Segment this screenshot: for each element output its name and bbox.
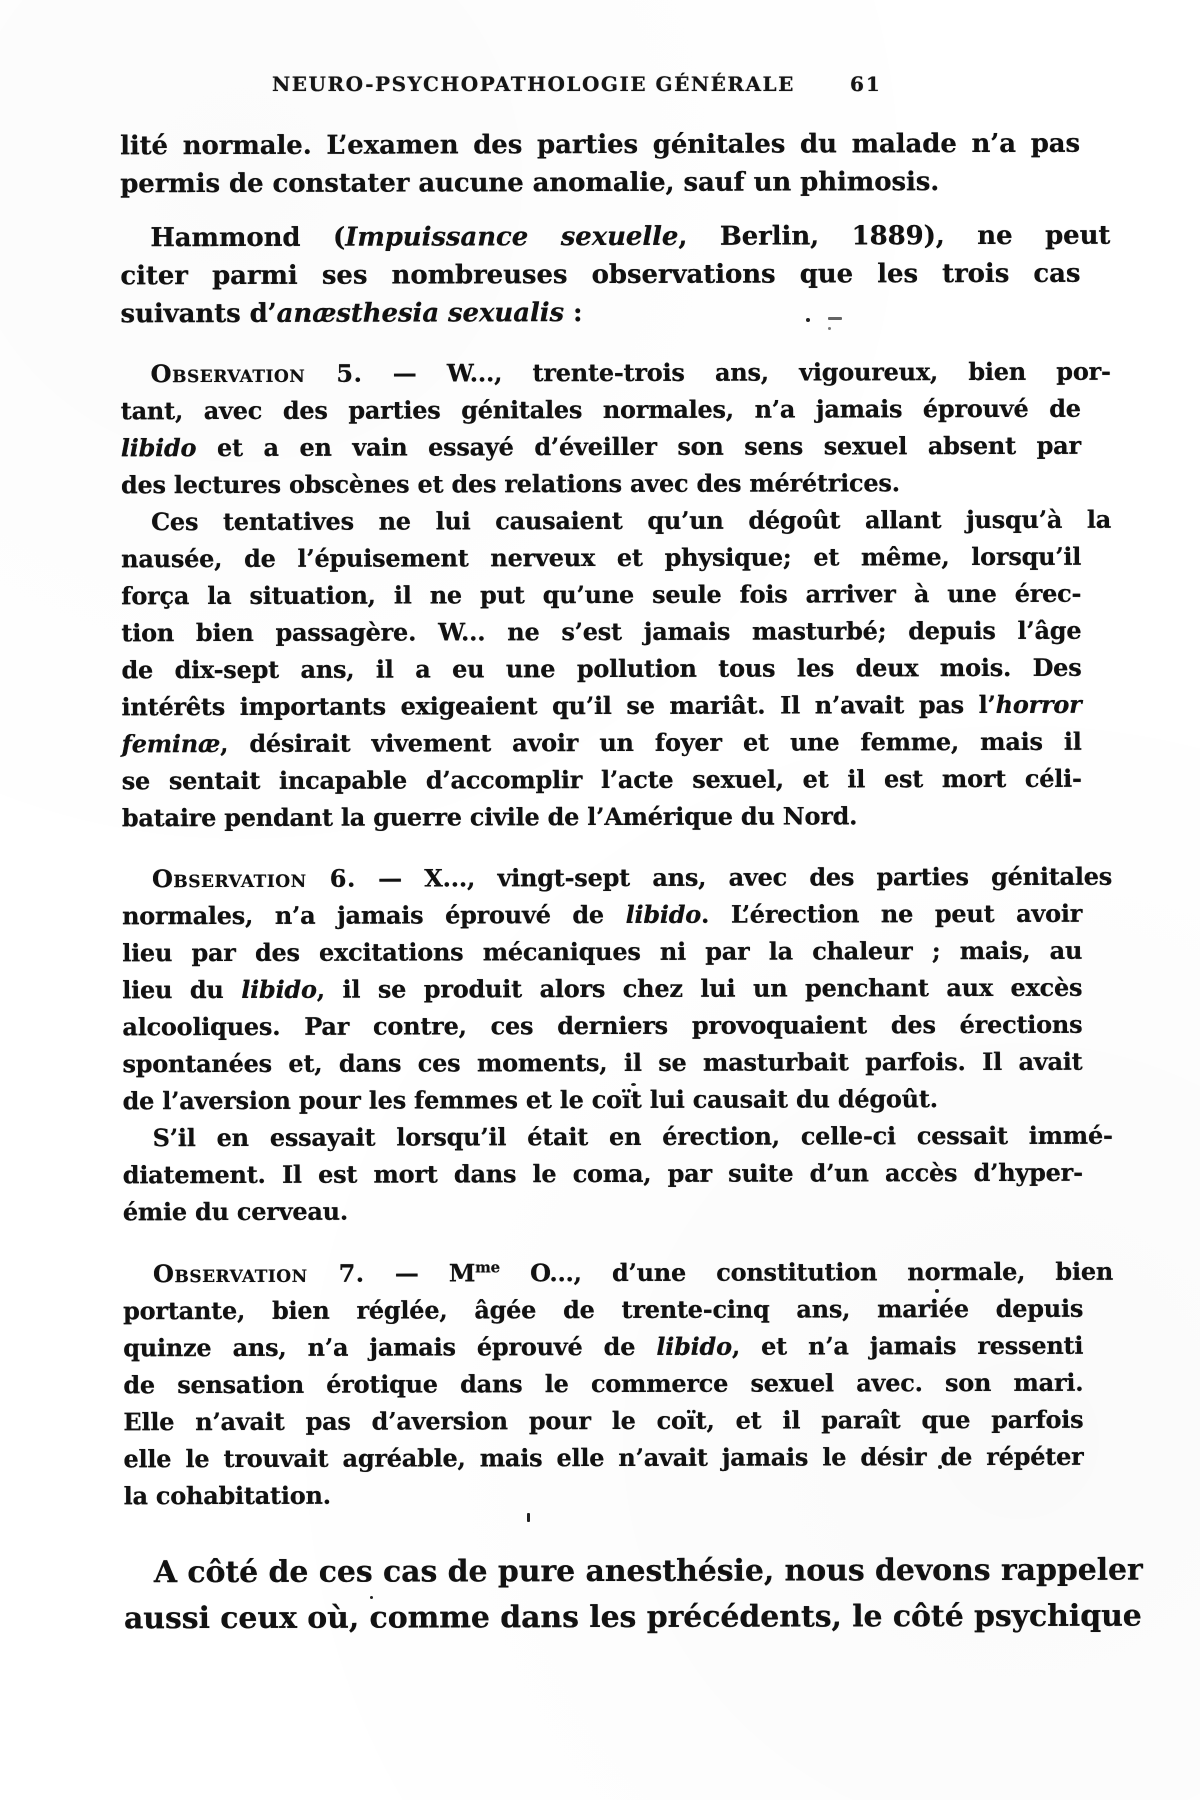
- text-line: quinze ans, n’a jamais éprouvé de libido…: [123, 1327, 1083, 1367]
- text-segment: aussi ceux où, comme dans les précédents…: [124, 1599, 1142, 1637]
- text-line: Elle n’avait pas d’aversion pour le coït…: [123, 1401, 1083, 1441]
- text-line: de dix-sept ans, il a eu une pollution t…: [121, 649, 1081, 689]
- text-segment: Elle n’avait pas d’aversion pour le coït…: [123, 1405, 1083, 1437]
- italic-text: libido: [626, 900, 701, 929]
- scan-speckle: [631, 1083, 636, 1086]
- text-segment: lieu du: [122, 975, 241, 1004]
- text-segment: lieu par des excitations mécaniques ni p…: [122, 936, 1082, 968]
- text-segment: de sensation érotique dans le commerce s…: [123, 1368, 1083, 1400]
- text-line: lité normale. L’examen des parties génit…: [120, 125, 1080, 166]
- italic-text: Impuissance sexuelle: [345, 222, 678, 253]
- text-line: spontanées et, dans ces moments, il se m…: [122, 1043, 1082, 1083]
- smallcaps-label: Observation 5.: [151, 359, 363, 389]
- text-segment: permis de constater aucune anomalie, sau…: [120, 167, 939, 199]
- text-segment: A côté de ces cas de pure anesthésie, no…: [154, 1553, 1143, 1591]
- text-line: diatement. Il est mort dans le coma, par…: [123, 1154, 1083, 1194]
- text-line: des lectures obscènes et des relations a…: [121, 464, 1081, 504]
- text-line: intérêts importants exigeaient qu’il se …: [121, 686, 1081, 726]
- text-segment: — W..., trente-trois ans, vigoureux, bie…: [362, 357, 1110, 388]
- smallcaps-label: Observation 7.: [153, 1259, 365, 1289]
- text-line: Observation 6. — X..., vingt-sept ans, a…: [122, 858, 1112, 898]
- scan-speckle: [806, 318, 810, 322]
- text-segment: Ces tentatives ne lui causaient qu’un dé…: [151, 505, 1111, 537]
- text-line: Observation 5. — W..., trente-trois ans,…: [121, 353, 1111, 393]
- page-text: lité normale. L’examen des parties génit…: [120, 125, 1084, 1643]
- page-number: 61: [850, 72, 882, 96]
- scan-speckle: [935, 1289, 939, 1293]
- text-segment: O..., d’une constitution normale, bien: [500, 1257, 1113, 1288]
- p-obs5: Observation 5. — W..., trente-trois ans,…: [121, 353, 1081, 504]
- text-line: permis de constater aucune anomalie, sau…: [120, 163, 1080, 204]
- italic-text: feminæ: [122, 729, 220, 758]
- superscript-text: me: [475, 1258, 500, 1276]
- text-line: suivants d’anæsthesia sexualis :: [120, 293, 1080, 334]
- text-segment: émie du cerveau.: [123, 1197, 348, 1227]
- text-line: se sentait incapable d’accomplir l’acte …: [122, 760, 1082, 800]
- text-line: feminæ, désirait vivement avoir un foyer…: [122, 723, 1082, 763]
- text-segment: de dix-sept ans, il a eu une pollution t…: [121, 653, 1081, 685]
- text-segment: nausée, de l’épuisement nerveux et physi…: [121, 542, 1081, 574]
- scan-speckle: [370, 1596, 373, 1599]
- text-segment: S’il en essayait lorsqu’il était en érec…: [153, 1121, 1113, 1153]
- text-segment: — M: [365, 1258, 476, 1287]
- text-line: força la situation, il ne put qu’une seu…: [121, 575, 1081, 615]
- text-line: libido et a en vain essayé d’éveiller so…: [121, 427, 1081, 467]
- text-line: normales, n’a jamais éprouvé de libido. …: [122, 895, 1082, 935]
- scan-speckle: [828, 317, 842, 320]
- text-line: lieu du libido, il se produit alors chez…: [122, 969, 1082, 1009]
- text-segment: de l’aversion pour les femmes et le coït…: [123, 1084, 938, 1115]
- text-segment: normales, n’a jamais éprouvé de: [122, 900, 626, 930]
- text-segment: lité normale. L’examen des parties génit…: [120, 129, 1080, 162]
- text-segment: spontanées et, dans ces moments, il se m…: [122, 1047, 1082, 1079]
- text-segment: . L’érection ne peut avoir: [701, 899, 1082, 929]
- p-obs5b: Ces tentatives ne lui causaient qu’un dé…: [121, 501, 1082, 837]
- text-segment: , il se produit alors chez lui un pencha…: [317, 973, 1083, 1004]
- text-line: tant, avec des parties génitales normale…: [121, 390, 1081, 430]
- p-obs6: Observation 6. — X..., vingt-sept ans, a…: [122, 858, 1083, 1120]
- text-line: tion bien passagère. W... ne s’est jamai…: [121, 612, 1081, 652]
- p-obs7: Observation 7. — Mme O..., d’une constit…: [123, 1253, 1084, 1515]
- text-segment: , Berlin, 1889), ne peut: [678, 221, 1110, 252]
- scanned-page: NEURO-PSYCHOPATHOLOGIE GÉNÉRALE 61 lité …: [0, 0, 1200, 1800]
- text-line: citer parmi ses nombreuses observations …: [120, 255, 1080, 296]
- italic-text: horror: [996, 690, 1082, 719]
- smallcaps-label: Observation 6.: [152, 864, 356, 894]
- p-final: A côté de ces cas de pure anesthésie, no…: [124, 1548, 1084, 1643]
- text-segment: tion bien passagère. W... ne s’est jamai…: [121, 616, 1081, 648]
- text-segment: Hammond (: [150, 223, 345, 254]
- p-hammond: Hammond (Impuissance sexuelle, Berlin, 1…: [120, 217, 1080, 334]
- text-line: A côté de ces cas de pure anesthésie, no…: [124, 1548, 1114, 1597]
- text-line: lieu par des excitations mécaniques ni p…: [122, 932, 1082, 972]
- text-segment: bataire pendant la guerre civile de l’Am…: [122, 801, 857, 832]
- text-line: portante, bien réglée, âgée de trente-ci…: [123, 1290, 1083, 1330]
- text-segment: portante, bien réglée, âgée de trente-ci…: [123, 1294, 1083, 1326]
- text-segment: alcooliques. Par contre, ces derniers pr…: [122, 1010, 1082, 1042]
- text-segment: :: [564, 298, 583, 328]
- italic-text: libido: [241, 975, 316, 1004]
- text-line: bataire pendant la guerre civile de l’Am…: [122, 797, 1082, 837]
- text-segment: — X..., vingt-sept ans, avec des parties…: [356, 862, 1112, 893]
- scan-speckle: [938, 1465, 942, 1469]
- text-segment: , et n’a jamais ressenti: [732, 1331, 1083, 1361]
- text-line: elle le trouvait agréable, mais elle n’a…: [123, 1438, 1083, 1478]
- text-line: Hammond (Impuissance sexuelle, Berlin, 1…: [120, 217, 1110, 258]
- text-segment: intérêts importants exigeaient qu’il se …: [121, 690, 995, 721]
- scan-speckle: [527, 1513, 530, 1522]
- text-segment: se sentait incapable d’accomplir l’acte …: [122, 764, 1082, 796]
- p-obs6b: S’il en essayait lorsqu’il était en érec…: [123, 1117, 1083, 1231]
- italic-text: libido: [656, 1332, 731, 1361]
- text-segment: força la situation, il ne put qu’une seu…: [121, 579, 1081, 611]
- running-header: NEURO-PSYCHOPATHOLOGIE GÉNÉRALE 61: [0, 72, 1200, 102]
- text-line: de sensation érotique dans le commerce s…: [123, 1364, 1083, 1404]
- text-segment: tant, avec des parties génitales normale…: [121, 394, 1081, 426]
- italic-text: libido: [121, 433, 196, 462]
- scan-speckle: [828, 327, 831, 330]
- text-line: nausée, de l’épuisement nerveux et physi…: [121, 538, 1081, 578]
- text-segment: suivants d’: [120, 299, 276, 329]
- text-segment: diatement. Il est mort dans le coma, par…: [123, 1158, 1083, 1190]
- text-line: aussi ceux où, comme dans les précédents…: [124, 1594, 1084, 1643]
- text-line: Observation 7. — Mme O..., d’une constit…: [123, 1253, 1113, 1293]
- text-segment: citer parmi ses nombreuses observations …: [120, 259, 1080, 292]
- text-line: la cohabitation.: [124, 1475, 1084, 1515]
- text-segment: et a en vain essayé d’éveiller son sens …: [196, 431, 1081, 462]
- text-line: Ces tentatives ne lui causaient qu’un dé…: [121, 501, 1111, 541]
- italic-text: anæsthesia sexualis: [277, 298, 564, 329]
- text-line: émie du cerveau.: [123, 1191, 1083, 1231]
- p-intro-continuation: lité normale. L’examen des parties génit…: [120, 125, 1080, 204]
- text-segment: quinze ans, n’a jamais éprouvé de: [123, 1332, 656, 1362]
- text-segment: la cohabitation.: [124, 1481, 331, 1511]
- text-segment: des lectures obscènes et des relations a…: [121, 468, 900, 499]
- text-line: S’il en essayait lorsqu’il était en érec…: [123, 1117, 1113, 1157]
- text-segment: , désirait vivement avoir un foyer et un…: [220, 727, 1082, 758]
- text-line: de l’aversion pour les femmes et le coït…: [123, 1080, 1083, 1120]
- page-title: NEURO-PSYCHOPATHOLOGIE GÉNÉRALE: [272, 72, 795, 96]
- text-line: alcooliques. Par contre, ces derniers pr…: [122, 1006, 1082, 1046]
